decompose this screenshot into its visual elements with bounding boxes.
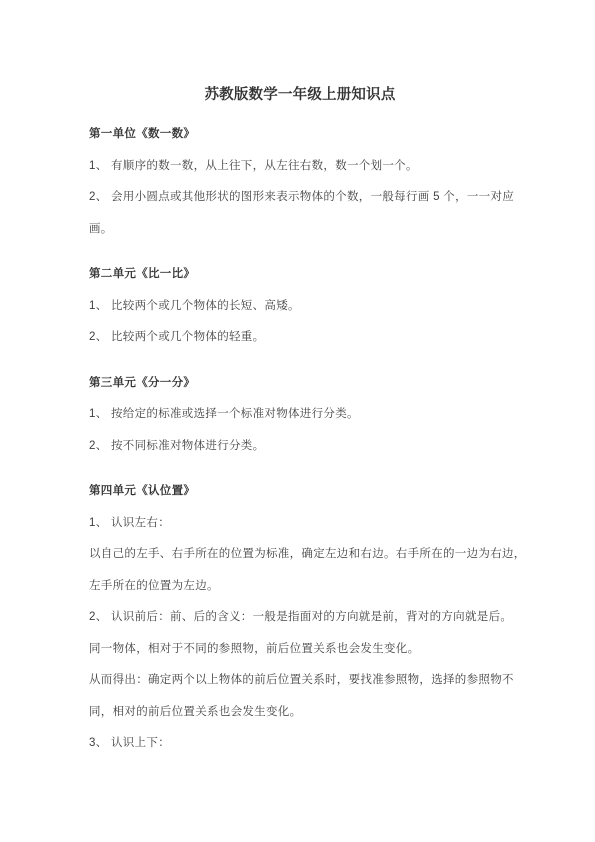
document-page: 苏教版数学一年级上册知识点 第一单位《数一数》1、 有顺序的数一数，从上往下，从…: [0, 0, 595, 842]
page-title: 苏教版数学一年级上册知识点: [89, 85, 511, 105]
body-line: 画。: [89, 214, 511, 246]
section-heading: 第二单元《比一比》: [89, 259, 511, 291]
body-line: 1、 认识左右：: [89, 508, 511, 540]
section-heading: 第一单位《数一数》: [89, 119, 511, 151]
body-line: 以自己的左手、右手所在的位置为标准，确定左边和右边。右手所在的一边为右边，: [89, 539, 511, 571]
body-line: 2、 按不同标准对物体进行分类。: [89, 431, 511, 463]
body-line: 1、 比较两个或几个物体的长短、高矮。: [89, 291, 511, 323]
body-line: 1、 有顺序的数一数，从上往下，从左往右数，数一个划一个。: [89, 151, 511, 183]
body-line: 1、 按给定的标准或选择一个标准对物体进行分类。: [89, 399, 511, 431]
section-heading: 第三单元《分一分》: [89, 368, 511, 400]
body-line: 2、 比较两个或几个物体的轻重。: [89, 322, 511, 354]
body-line: 同，相对的前后位置关系也会发生变化。: [89, 697, 511, 729]
body-line: 同一物体，相对于不同的参照物，前后位置关系也会发生变化。: [89, 634, 511, 666]
body-line: 2、 会用小圆点或其他形状的图形来表示物体的个数，一般每行画 5 个，一一对应: [89, 182, 511, 214]
body-line: 2、 认识前后：前、后的含义：一般是指面对的方向就是前，背对的方向就是后。: [89, 602, 511, 634]
body-line: 3、 认识上下：: [89, 728, 511, 760]
section-heading: 第四单元《认位置》: [89, 476, 511, 508]
body-line: 从而得出：确定两个以上物体的前后位置关系时，要找准参照物，选择的参照物不: [89, 665, 511, 697]
body-line: 左手所在的位置为左边。: [89, 571, 511, 603]
document-body: 第一单位《数一数》1、 有顺序的数一数，从上往下，从左往右数，数一个划一个。2、…: [89, 119, 511, 760]
